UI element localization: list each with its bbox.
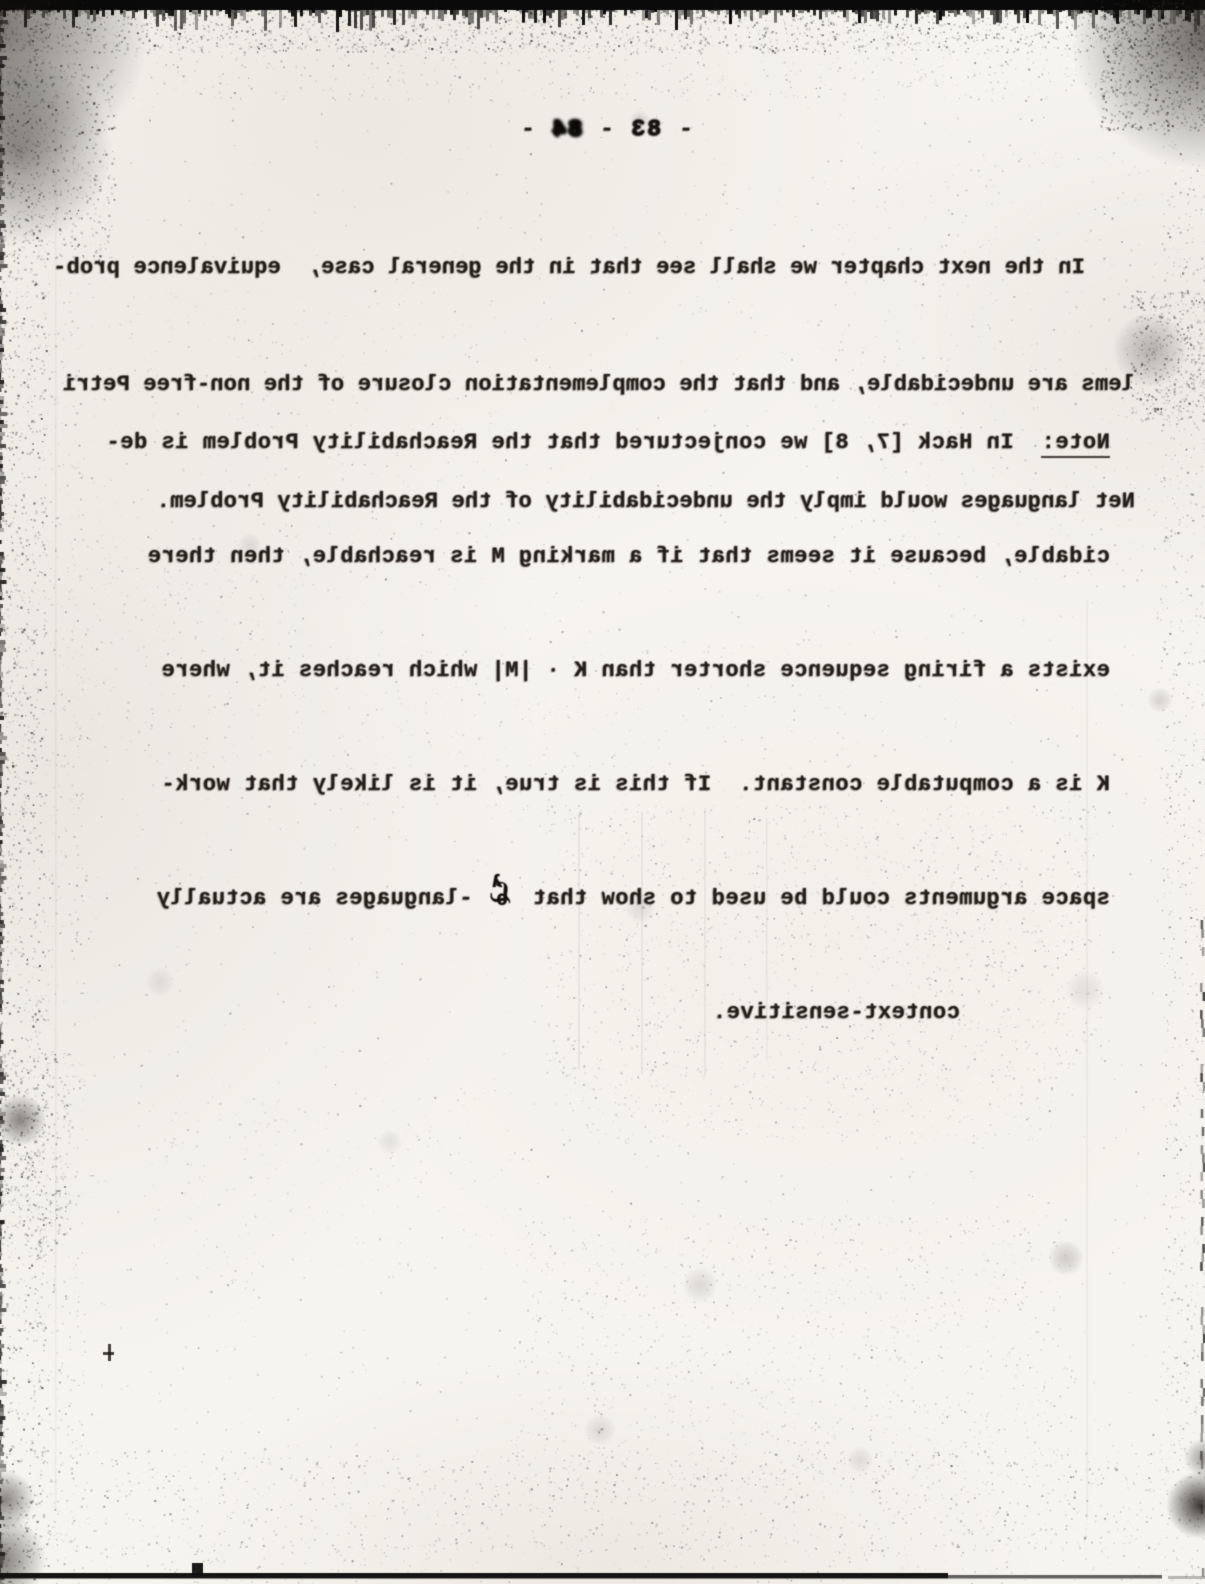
text-line: cidable, because it seems that if a mark…	[106, 538, 1110, 576]
mirrored-content-layer: - 83 - 84 - In the next chapter we shall…	[0, 0, 1205, 1584]
line5-post-text: -languages are actually	[156, 886, 472, 911]
header-dash-mid: -	[582, 116, 629, 142]
note-label: Note:	[1041, 430, 1110, 458]
page-number-first: 83	[630, 116, 662, 142]
text-line: Note: In Hack [7, 8] we conjectured that…	[106, 424, 1110, 462]
zero-subscript: 0	[497, 881, 508, 919]
note-line1-text: In Hack [7, 8] we conjectured that the R…	[106, 430, 1041, 455]
header-dash-pre: -	[661, 116, 693, 142]
text-line: context-sensitive.	[106, 994, 1110, 1032]
note-paragraph: Note: In Hack [7, 8] we conjectured that…	[106, 348, 1110, 1108]
line5-pre-text: space arguments could be used to show th…	[519, 886, 1110, 911]
script-L-lambda-zero-symbol: λℒ0	[481, 880, 515, 910]
page-number-second-overstruck: 84	[551, 116, 583, 142]
text-line: exists a firing sequence shorter than K …	[106, 652, 1110, 690]
text-line: K is a computable constant. If this is t…	[106, 766, 1110, 804]
text-line: In the next chapter we shall see that in…	[53, 248, 1135, 287]
header-dash-post: -	[519, 116, 551, 142]
page-number-header: - 83 - 84 -	[519, 110, 693, 148]
text-line: space arguments could be used to show th…	[106, 880, 1110, 918]
scanned-document-page: - 83 - 84 - In the next chapter we shall…	[0, 0, 1205, 1584]
